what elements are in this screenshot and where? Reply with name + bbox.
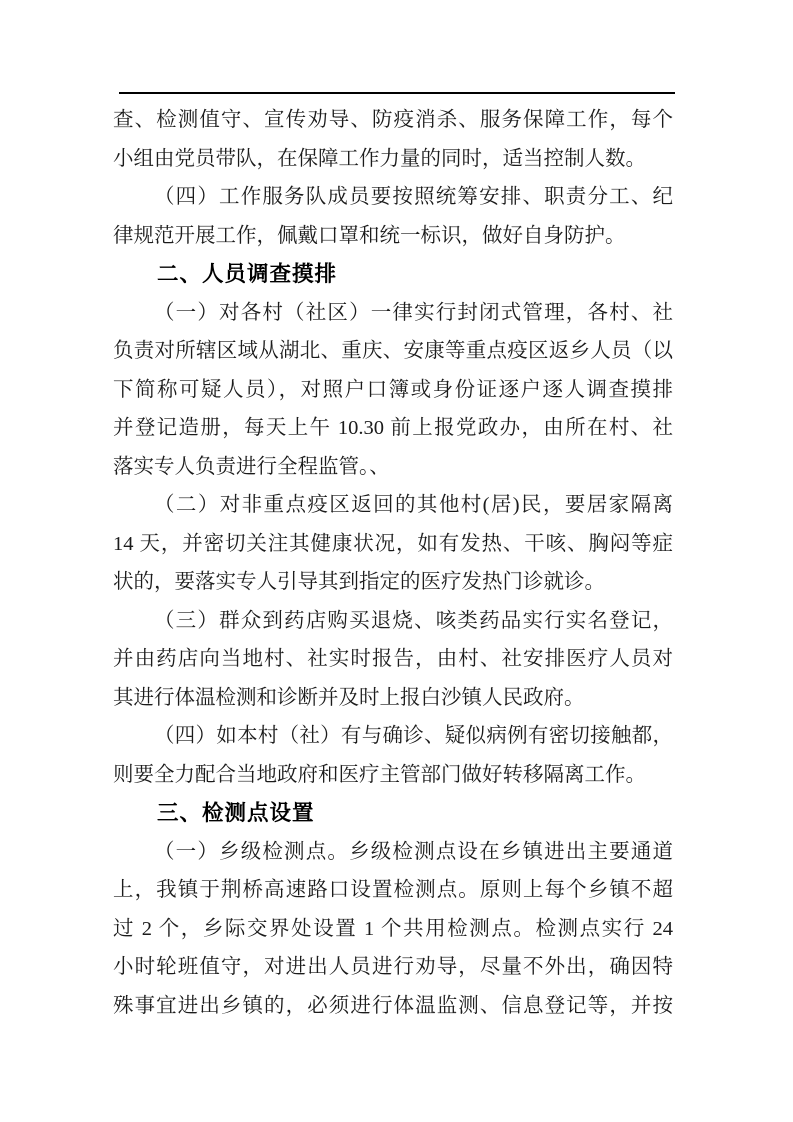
text-line: 查、检测值守、宣传劝导、防疫消杀、服务保障工作，每个 [113,101,673,140]
section-heading: 三、检测点设置 [113,794,673,833]
document-page: 查、检测值守、宣传劝导、防疫消杀、服务保障工作，每个小组由党员带队，在保障工作力… [0,0,793,1122]
text-line: 上，我镇于荆桥高速路口设置检测点。原则上每个乡镇不超 [113,871,673,910]
text-line: （四）如本村（社）有与确诊、疑似病例有密切接触都， [113,717,673,756]
page-content: 查、检测值守、宣传劝导、防疫消杀、服务保障工作，每个小组由党员带队，在保障工作力… [113,101,673,1025]
text-line: 14 天，并密切关注其健康状况，如有发热、干咳、胸闷等症 [113,525,673,564]
text-line: （一）乡级检测点。乡级检测点设在乡镇进出主要通道 [113,833,673,872]
text-line: 殊事宜进出乡镇的，必须进行体温监测、信息登记等，并按 [113,987,673,1026]
text-line: 过 2 个，乡际交界处设置 1 个共用检测点。检测点实行 24 [113,910,673,949]
text-line: 小组由党员带队，在保障工作力量的同时，适当控制人数。 [113,140,673,179]
text-line: （三）群众到药店购买退烧、咳类药品实行实名登记， [113,602,673,641]
text-line: 下简称可疑人员），对照户口簿或身份证逐户逐人调查摸排 [113,371,673,410]
text-line: 其进行体温检测和诊断并及时上报白沙镇人民政府。 [113,679,673,718]
text-line: 状的，要落实专人引导其到指定的医疗发热门诊就诊。 [113,563,673,602]
text-line: 小时轮班值守，对进出人员进行劝导，尽量不外出，确因特 [113,948,673,987]
text-line: 负责对所辖区域从湖北、重庆、安康等重点疫区返乡人员（以 [113,332,673,371]
header-rule [119,92,675,94]
text-line: 并登记造册，每天上午 10.30 前上报党政办，由所在村、社 [113,409,673,448]
text-line: （二）对非重点疫区返回的其他村(居)民，要居家隔离 [113,486,673,525]
text-line: 并由药店向当地村、社实时报告，由村、社安排医疗人员对 [113,640,673,679]
text-line: 则要全力配合当地政府和医疗主管部门做好转移隔离工作。 [113,756,673,795]
section-heading: 二、人员调查摸排 [113,255,673,294]
text-line: （一）对各村（社区）一律实行封闭式管理，各村、社 [113,294,673,333]
text-line: 律规范开展工作，佩戴口罩和统一标识，做好自身防护。 [113,217,673,256]
text-line: （四）工作服务队成员要按照统筹安排、职责分工、纪 [113,178,673,217]
text-line: 落实专人负责进行全程监管。、 [113,448,673,487]
